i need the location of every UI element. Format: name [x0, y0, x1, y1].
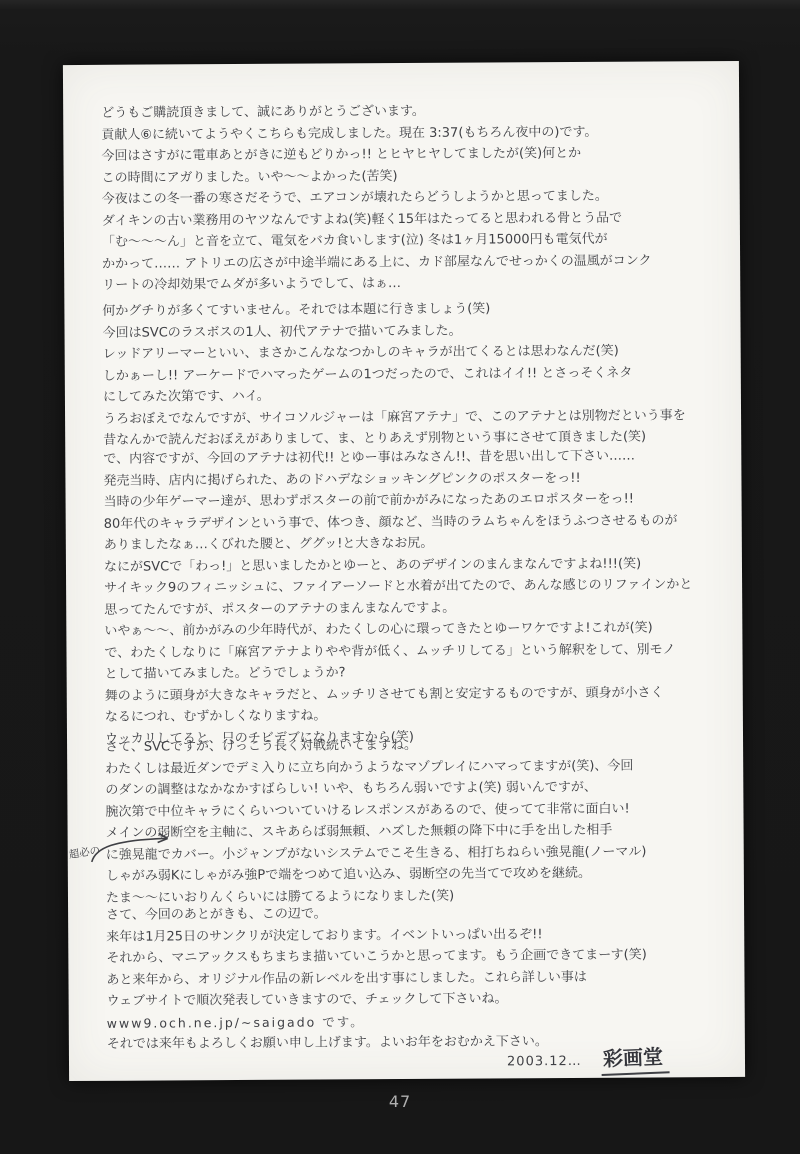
- paragraph-3: ○ で、内容ですが、今回のアテナは初代!! とゆー事はみなさん!!、昔を思い出し…: [103, 445, 733, 750]
- afterword-page: ○ どうもご購読頂きまして、誠にありがとうございます。 貢献人⑥に続いてようやく…: [63, 61, 745, 1081]
- arrow-icon: [84, 821, 179, 866]
- text-line: 80年代のキャラデザインという事で、体つき、顔など、当時のラムちゃんをほうふつさ…: [104, 509, 732, 534]
- text-line: 舞のように頭身が大きなキャラだと、ムッチリさせても割と安定するものですが、頭身が…: [105, 681, 733, 706]
- text-line: サイキック9のフィニッシュに、ファイアーソードと水着が出てたので、あんな感じのリ…: [104, 574, 732, 599]
- text-line: それから、マニアックスもちまちま描いていこうかと思ってます。もう企画できてまーす…: [106, 944, 734, 969]
- paragraph-1: ○ どうもご購読頂きまして、誠にありがとうございます。 貢献人⑥に続いてようやく…: [101, 99, 730, 296]
- text-line: で、わたくしなりに「麻宮アテナよりやや背が低く、ムッチリしてる」という解釈をして…: [104, 638, 732, 663]
- page-number: 47: [0, 1092, 800, 1111]
- scanned-page-background: ○ どうもご購読頂きまして、誠にありがとうございます。 貢献人⑥に続いてようやく…: [0, 0, 800, 1154]
- signature-name: 彩画堂: [600, 1040, 669, 1076]
- signature-date: 2003.12…: [507, 1054, 582, 1069]
- paragraph-2: ○ 何かグチりが多くてすいません。それでは本題に行きましょう(笑) 今回はSVC…: [102, 297, 731, 451]
- paragraph-5: ・ さて、今回のあとがきも、この辺で。 来年は1月25日のサンクリが決定しており…: [106, 901, 735, 1055]
- text-line: いやぁ〜〜、前かがみの少年時代が、わたくしの心に環ってきたとゆーワケですよ!これ…: [104, 617, 732, 642]
- signature-block: 2003.12… 彩画堂: [507, 1041, 669, 1075]
- paragraph-4: ・ さて、SVCですが、けっこう長く対戦続いてますね。 わたくしは最近ダンでデミ…: [105, 733, 734, 909]
- text-line: かかって…… アトリエの広さが中途半端にある上に、カド部屋なんでせっかくの温風が…: [102, 250, 730, 275]
- text-line: に強晃龍でカバー。小ジャンプがないシステムでこそ生きる、相打ちねらい強晃龍(ノー…: [106, 840, 734, 865]
- text-line: リートの冷却効果でムダが多いようでして、はぁ…: [102, 271, 730, 296]
